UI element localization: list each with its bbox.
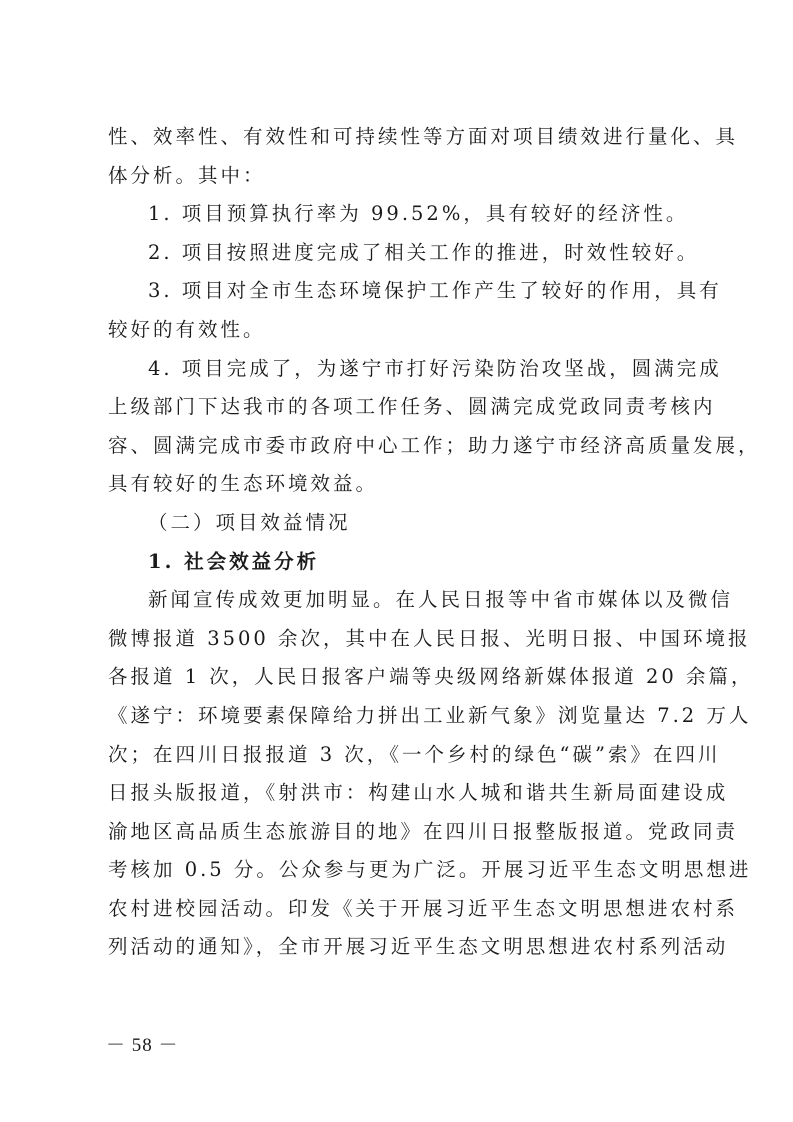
text-line-1: 性、效率性、有效性和可持续性等方面对项目绩效进行量化、具 bbox=[108, 118, 694, 157]
section-heading: （二）项目效益情况 bbox=[108, 504, 694, 543]
paragraph-line-5: 次；在四川日报报道 3 次，《一个乡村的绿色“碳”索》在四川 bbox=[108, 736, 694, 775]
list-item-4-cont-1: 上级部门下达我市的各项工作任务、圆满完成党政同责考核内 bbox=[108, 388, 694, 427]
list-item-4-cont-3: 具有较好的生态环境效益。 bbox=[108, 465, 694, 504]
paragraph-line-4: 《遂宁：环境要素保障给力拼出工业新气象》浏览量达 7.2 万人 bbox=[108, 697, 694, 736]
paragraph-line-9: 农村进校园活动。印发《关于开展习近平生态文明思想进农村系 bbox=[108, 890, 694, 929]
paragraph-line-3: 各报道 1 次，人民日报客户端等央级网络新媒体报道 20 余篇， bbox=[108, 658, 694, 697]
list-item-1: 1. 项目预算执行率为 99.52%，具有较好的经济性。 bbox=[108, 195, 694, 234]
document-page: 性、效率性、有效性和可持续性等方面对项目绩效进行量化、具 体分析。其中： 1. … bbox=[108, 118, 694, 967]
list-item-4-cont-2: 容、圆满完成市委市政府中心工作；助力遂宁市经济高质量发展， bbox=[108, 427, 694, 466]
paragraph-line-2: 微博报道 3500 余次，其中在人民日报、光明日报、中国环境报 bbox=[108, 620, 694, 659]
paragraph-line-6: 日报头版报道，《射洪市：构建山水人城和谐共生新局面建设成 bbox=[108, 774, 694, 813]
list-item-3-cont: 较好的有效性。 bbox=[108, 311, 694, 350]
paragraph-line-7: 渝地区高品质生态旅游目的地》在四川日报整版报道。党政同责 bbox=[108, 813, 694, 852]
text-line-2: 体分析。其中： bbox=[108, 157, 694, 196]
list-item-4: 4. 项目完成了，为遂宁市打好污染防治攻坚战，圆满完成 bbox=[108, 350, 694, 389]
page-number: － 58 － bbox=[106, 1030, 179, 1057]
subsection-heading: 1. 社会效益分析 bbox=[108, 543, 694, 582]
paragraph-line-1: 新闻宣传成效更加明显。在人民日报等中省市媒体以及微信 bbox=[108, 581, 694, 620]
paragraph-line-8: 考核加 0.5 分。公众参与更为广泛。开展习近平生态文明思想进 bbox=[108, 851, 694, 890]
list-item-3: 3. 项目对全市生态环境保护工作产生了较好的作用，具有 bbox=[108, 272, 694, 311]
list-item-2: 2. 项目按照进度完成了相关工作的推进，时效性较好。 bbox=[108, 234, 694, 273]
paragraph-line-10: 列活动的通知》，全市开展习近平生态文明思想进农村系列活动 bbox=[108, 928, 694, 967]
